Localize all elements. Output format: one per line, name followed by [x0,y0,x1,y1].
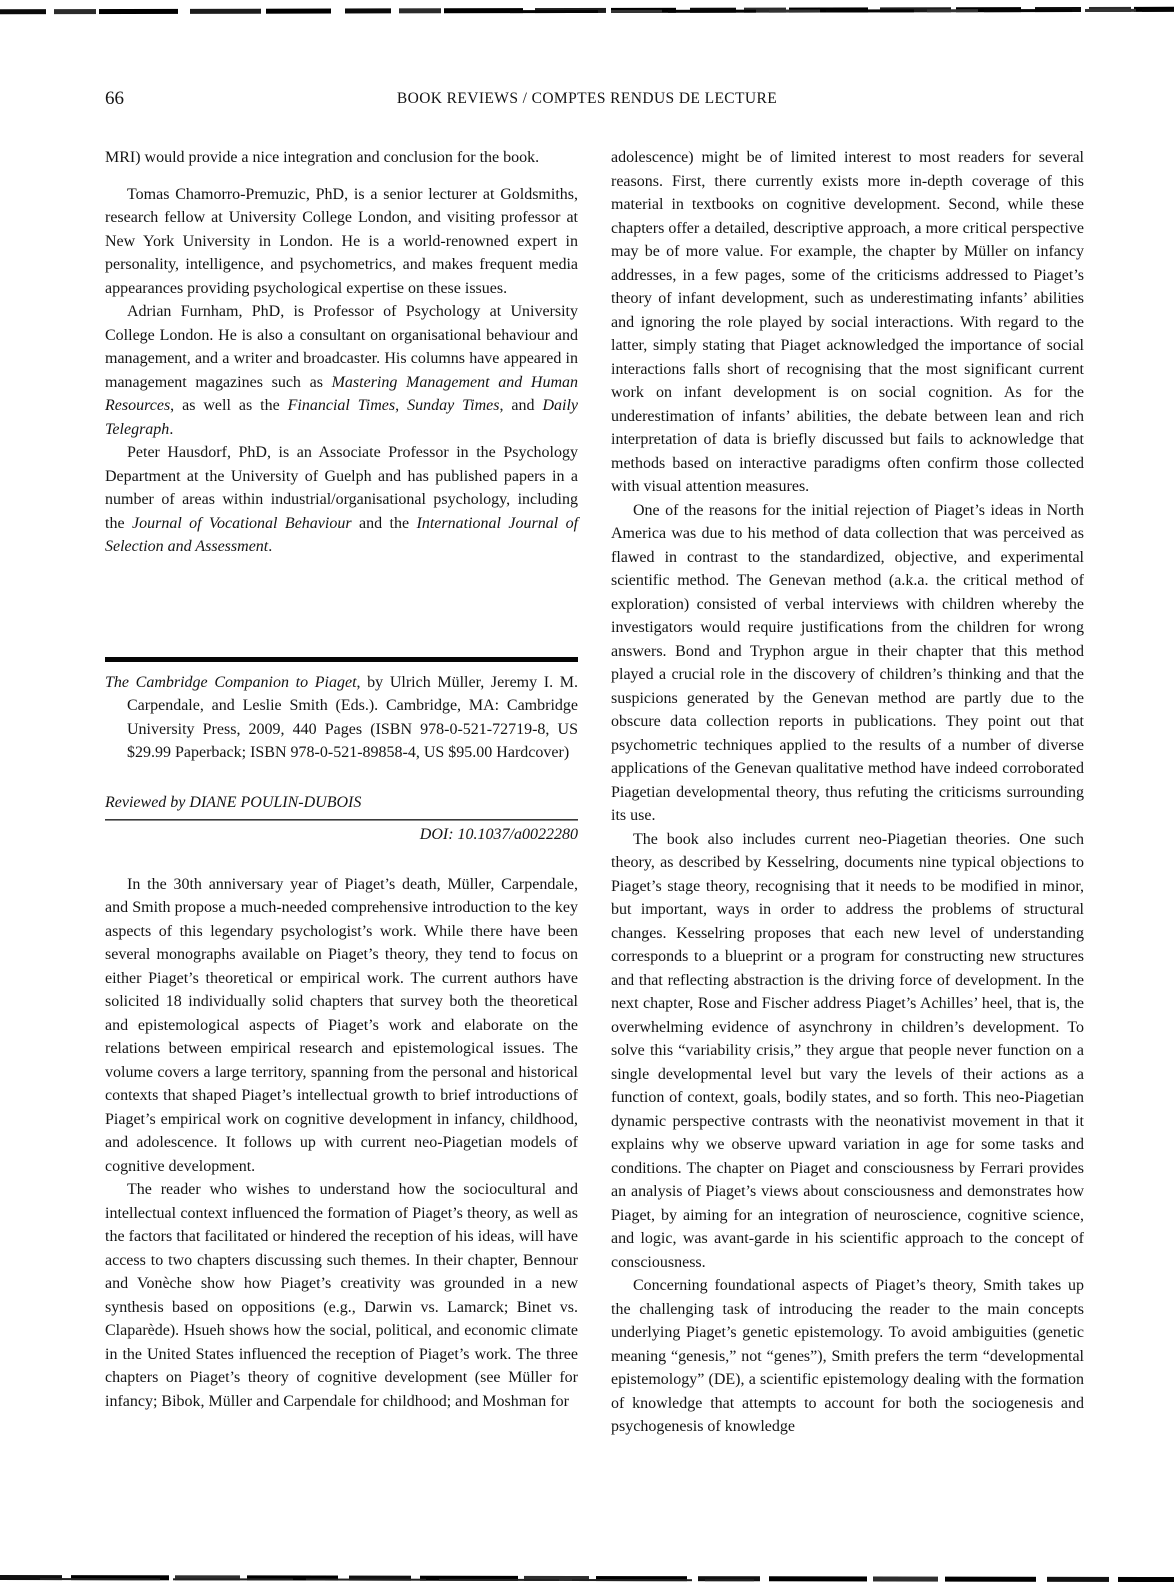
journal-page: 66 BOOK REVIEWS / COMPTES RENDUS DE LECT… [0,0,1174,1595]
paragraph: MRI) would provide a nice integration an… [105,146,578,170]
book-citation: The Cambridge Companion to Piaget, by Ul… [105,671,578,765]
paragraph: In the 30th anniversary year of Piaget’s… [105,873,578,1179]
doi-divider-rule [105,819,578,821]
previous-review-end: MRI) would provide a nice integration an… [105,146,578,559]
page-header: 66 BOOK REVIEWS / COMPTES RENDUS DE LECT… [0,0,1174,120]
two-column-layout: MRI) would provide a nice integration an… [0,120,1174,1439]
right-column: adolescence) might be of limited interes… [611,146,1084,1439]
page-number: 66 [105,88,124,110]
reviewer-line: Reviewed by DIANE POULIN-DUBOIS [105,791,578,815]
paragraph: adolescence) might be of limited interes… [611,146,1084,499]
italic-text: The Cambridge Companion to Piaget [105,674,357,691]
running-head: BOOK REVIEWS / COMPTES RENDUS DE LECTURE [0,90,1174,108]
review-body-left: In the 30th anniversary year of Piaget’s… [105,873,578,1414]
scan-artifact-bottom [0,1575,1174,1582]
left-column: MRI) would provide a nice integration an… [105,146,578,1439]
italic-text: Financial Times [288,397,396,414]
section-divider-rule [105,657,578,662]
paragraph: Concerning foundational aspects of Piage… [611,1274,1084,1439]
paragraph: The book also includes current neo-Piage… [611,828,1084,1275]
paragraph: The reader who wishes to understand how … [105,1178,578,1413]
paragraph: Peter Hausdorf, PhD, is an Associate Pro… [105,441,578,559]
paragraph: One of the reasons for the initial rejec… [611,499,1084,828]
doi-line: DOI: 10.1037/a0022280 [105,823,578,847]
italic-text: Journal of Vocational Behaviour [132,515,352,532]
paragraph: Tomas Chamorro-Premuzic, PhD, is a senio… [105,183,578,301]
paragraph: Adrian Furnham, PhD, is Professor of Psy… [105,300,578,441]
italic-text: Sunday Times [407,397,499,414]
review-body-right: adolescence) might be of limited interes… [611,146,1084,1439]
